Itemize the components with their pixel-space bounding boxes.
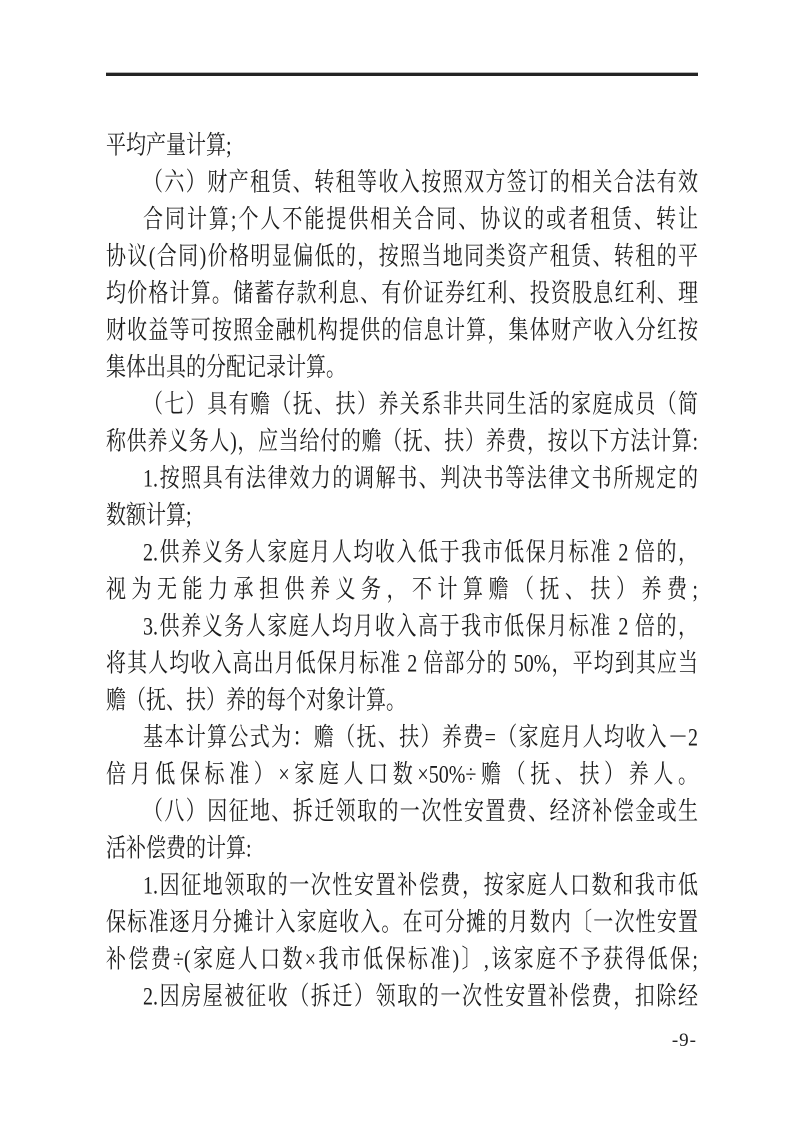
document-line: 2.因房屋被征收（拆迁）领取的一次性安置补偿费，扣除经: [106, 974, 698, 1021]
header-rule: [106, 72, 698, 76]
document-page: 平均产量计算;（六）财产租赁、转租等收入按照双方签订的相关合法有效合同计算;个人…: [0, 0, 793, 1122]
page-number: -9-: [672, 1030, 697, 1052]
document-body: 平均产量计算;（六）财产租赁、转租等收入按照双方签订的相关合法有效合同计算;个人…: [106, 128, 698, 1016]
